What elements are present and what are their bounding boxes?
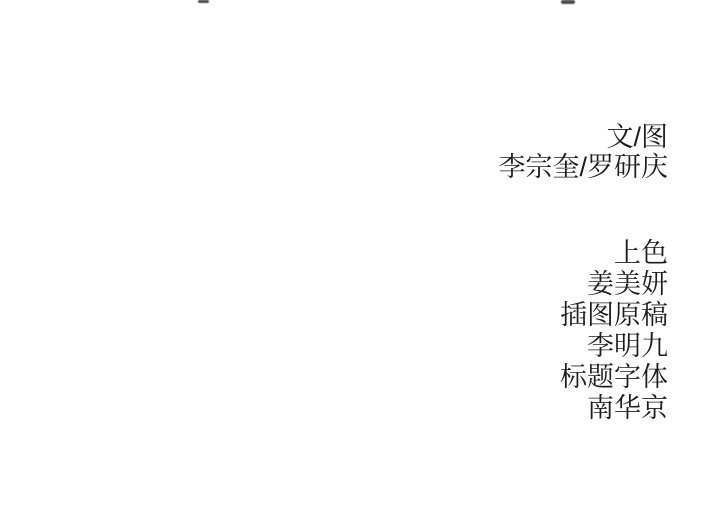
credit-name-title-font: 南华京 — [560, 393, 668, 424]
credit-name-illustration-draft: 李明九 — [560, 331, 668, 362]
cropped-text-artifact-right — [561, 0, 575, 4]
credit-name-coloring: 姜美妍 — [560, 269, 668, 300]
staff-credits-block: 上色 姜美妍 插图原稿 李明九 标题字体 南华京 — [560, 238, 668, 424]
credit-role-title-font: 标题字体 — [560, 362, 668, 393]
cropped-text-artifact-left — [198, 0, 209, 3]
credit-names-story-art: 李宗奎/罗研庆 — [498, 152, 668, 182]
credit-role-coloring: 上色 — [560, 238, 668, 269]
story-art-credit-block: 文/图 李宗奎/罗研庆 — [498, 122, 668, 182]
credit-role-illustration-draft: 插图原稿 — [560, 300, 668, 331]
credit-role-story-art: 文/图 — [498, 122, 668, 152]
comic-credits-page: 文/图 李宗奎/罗研庆 上色 姜美妍 插图原稿 李明九 标题字体 南华京 — [0, 0, 720, 521]
